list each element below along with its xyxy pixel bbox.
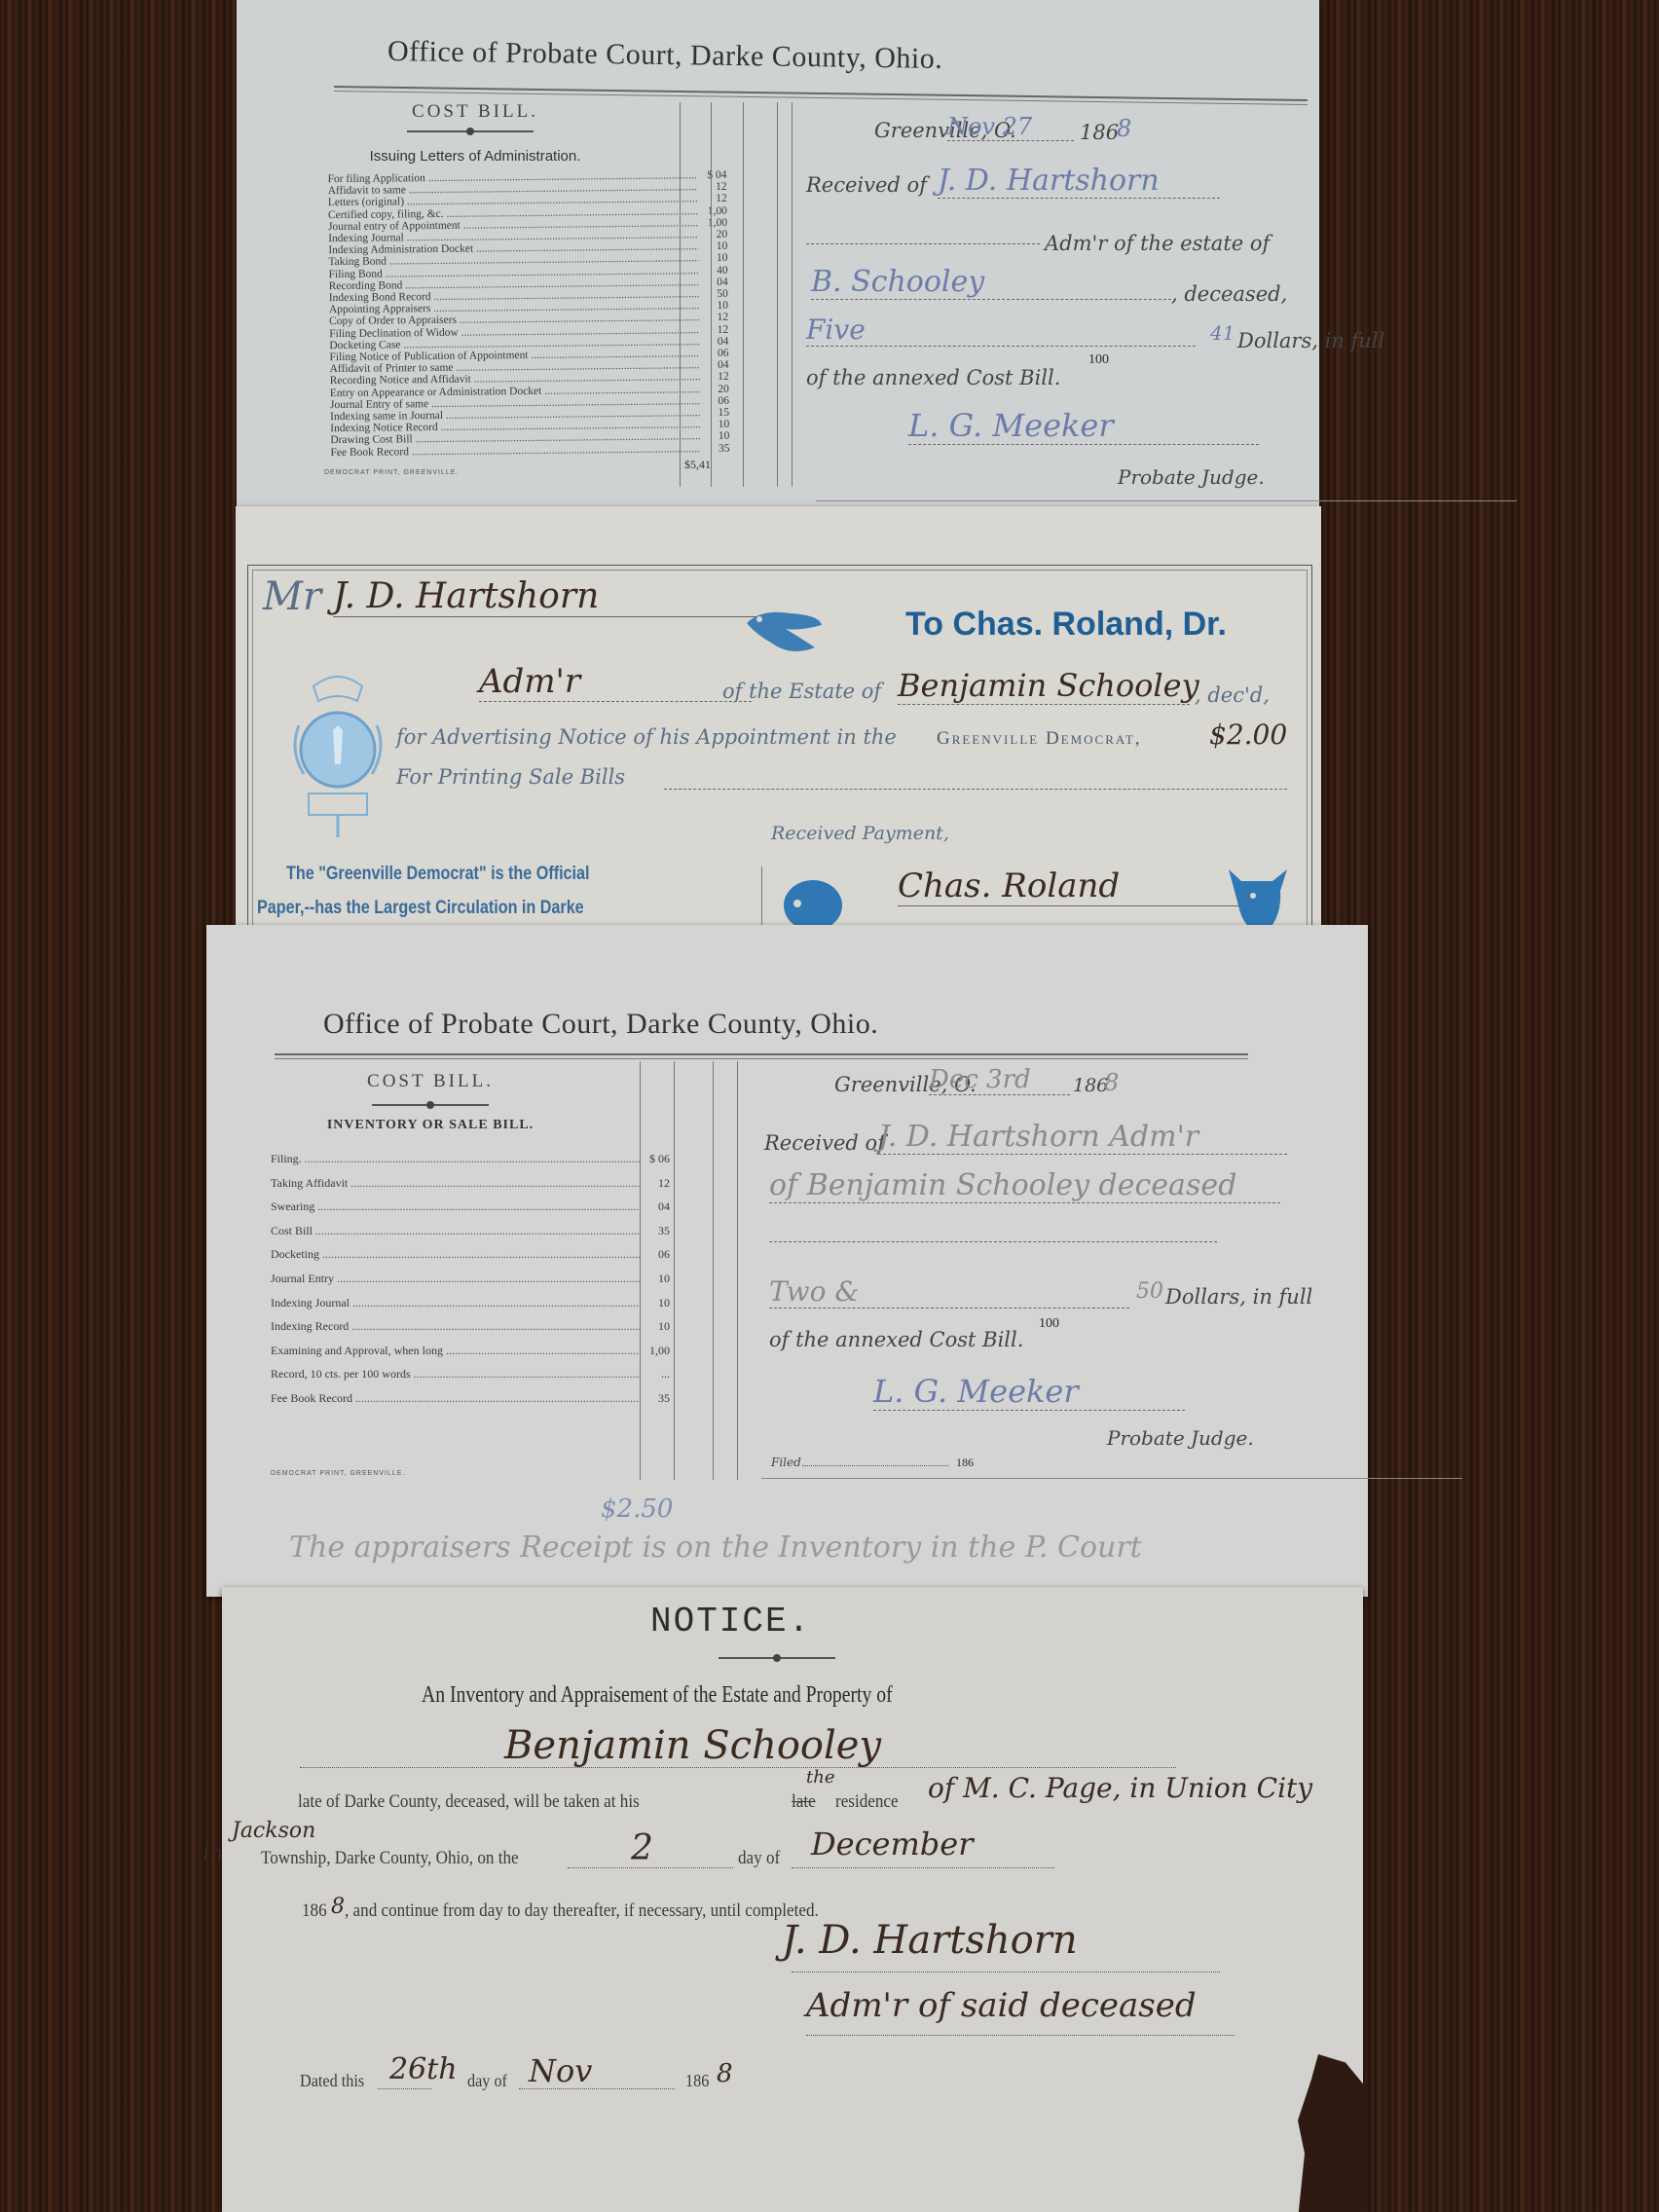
cost-item-row: Journal Entry10 — [271, 1267, 670, 1291]
dated-year: 8 — [717, 2059, 733, 2088]
creditor-name: To Chas. Roland, Dr. — [905, 606, 1227, 644]
dated-year-prefix: 186 — [685, 2071, 709, 2091]
notice-line-3: , and continue from day to day thereafte… — [345, 1900, 819, 1922]
printing-line: For Printing Sale Bills — [396, 765, 625, 789]
cost-items-list: Filing.$ 06 Taking Affidavit12 Swearing0… — [271, 1147, 670, 1411]
receipt-year: 8 — [1117, 115, 1131, 142]
receipt-date: Nov 27 — [947, 113, 1074, 141]
blank-line — [664, 789, 1287, 790]
roland-signature: Chas. Roland — [898, 866, 1248, 906]
inserted-word: the — [806, 1767, 834, 1788]
column-rule — [743, 102, 744, 487]
newspaper-advertising-bill: Mr J. D. Hartshorn To Chas. Roland, Dr. … — [236, 506, 1321, 993]
estate-of-label: of the Estate of — [722, 680, 881, 703]
amount-words: Two & — [769, 1275, 1129, 1309]
year-handwritten: 8 — [331, 1895, 345, 1919]
seal-emblem-icon — [284, 667, 391, 842]
cost-item-row: Indexing Record10 — [271, 1314, 670, 1339]
judge-signature: L. G. Meeker — [873, 1373, 1185, 1411]
dated-day-blank — [378, 2088, 431, 2089]
flourish-divider — [407, 130, 534, 132]
cost-bill-heading: COST BILL. — [295, 101, 655, 123]
official-paper-line-1: The "Greenville Democrat" is the Officia… — [286, 864, 589, 885]
mr-label: Mr — [263, 574, 321, 619]
signature-line — [792, 1972, 1220, 1972]
newspaper-name: Greenville Democrat, — [937, 728, 1142, 750]
torn-corner — [1298, 2054, 1366, 2212]
month-blank — [792, 1867, 1054, 1868]
column-rule — [737, 1061, 738, 1480]
printer-imprint: DEMOCRAT PRINT, GREENVILLE. — [324, 469, 459, 476]
cost-bill-subheading: Issuing Letters of Administration. — [295, 148, 655, 165]
received-payment-label: Received Payment, — [771, 823, 949, 844]
amount-cents: 41 — [1210, 321, 1235, 345]
residence-handwritten: of M. C. Page, in Union City — [928, 1772, 1312, 1804]
annexed-label: of the annexed Cost Bill. — [769, 1328, 1023, 1351]
month-handwritten: December — [811, 1825, 974, 1862]
notice-line-2: Township, Darke County, Ohio, on the — [261, 1848, 519, 1869]
flourish-divider — [719, 1657, 835, 1659]
hundred-label: 100 — [1039, 1316, 1059, 1332]
admr-label: Adm'r of the estate of — [1045, 232, 1270, 255]
day-of-label: day of — [738, 1848, 780, 1869]
received-of-label: Received of — [806, 173, 927, 197]
cost-item-row: Swearing04 — [271, 1195, 670, 1219]
township-name: Jackson — [232, 1819, 315, 1843]
divider — [761, 866, 762, 925]
inventory-notice: NOTICE. An Inventory and Appraisement of… — [222, 1587, 1363, 2212]
notice-title: NOTICE. — [650, 1602, 811, 1641]
filed-blank — [802, 1465, 948, 1466]
filed-year: 186 — [956, 1456, 974, 1470]
cost-item-row: Cost Bill35 — [271, 1219, 670, 1243]
dated-month: Nov — [529, 2052, 592, 2089]
deceased-label: , deceased, — [1171, 282, 1287, 306]
notice-line-1: late of Darke County, deceased, will be … — [298, 1791, 640, 1813]
role-handwritten: Adm'r — [479, 662, 752, 702]
cost-items-list: For filing Application$ 04 Affidavit to … — [327, 169, 729, 459]
dated-label: Dated this — [300, 2071, 364, 2091]
receipt-year-prefix: 186 — [1080, 121, 1119, 144]
cost-item-row: Taking Affidavit12 — [271, 1171, 670, 1196]
notice-heading: An Inventory and Appraisement of the Est… — [422, 1682, 893, 1709]
receipt-date: Dec 3rd — [929, 1065, 1070, 1095]
dollars-label: Dollars, in full — [1237, 329, 1384, 352]
estate-line: of Benjamin Schooley deceased — [769, 1168, 1280, 1203]
dated-dayof-label: day of — [467, 2071, 507, 2091]
estate-name: Benjamin Schooley — [898, 667, 1190, 705]
cost-bill-letters-of-administration: Office of Probate Court, Darke County, O… — [237, 0, 1319, 511]
office-title: Office of Probate Court, Darke County, O… — [323, 1008, 878, 1041]
receipt-year-prefix: 186 — [1073, 1075, 1108, 1096]
column-rule — [713, 1061, 714, 1480]
cost-bill-heading: COST BILL. — [265, 1071, 596, 1092]
column-rule — [674, 1061, 675, 1480]
year-prefix: 186 — [302, 1900, 327, 1922]
pencil-amount: $2.50 — [601, 1494, 673, 1524]
received-of-label: Received of — [764, 1131, 885, 1155]
probate-judge-label: Probate Judge. — [1118, 465, 1265, 489]
official-paper-line-2: Paper,--has the Largest Circulation in D… — [257, 898, 584, 919]
residence-label: residence — [835, 1791, 899, 1813]
cost-total: $5,41 — [684, 458, 711, 472]
cost-bill-subheading: INVENTORY OR SALE BILL. — [265, 1118, 596, 1133]
filed-label: Filed — [771, 1456, 801, 1469]
printer-imprint: DEMOCRAT PRINT, GREENVILLE. — [271, 1470, 405, 1477]
cost-bill-inventory: Office of Probate Court, Darke County, O… — [206, 925, 1368, 1597]
flourish-divider — [372, 1104, 489, 1106]
dated-day: 26th — [389, 2052, 458, 2086]
township-prefix: in — [203, 1842, 223, 1866]
cost-item-row: Examining and Approval, when long1,00 — [271, 1339, 670, 1363]
judge-signature: L. G. Meeker — [908, 407, 1259, 445]
column-rule — [711, 102, 712, 487]
appraisers-note: The appraisers Receipt is on the Invento… — [289, 1530, 1142, 1565]
blank-line — [769, 1241, 1217, 1242]
receipt-year: 8 — [1104, 1069, 1119, 1096]
column-rule — [640, 1061, 641, 1480]
administrator-role: Adm'r of said deceased — [806, 1986, 1197, 2025]
annexed-label: of the annexed Cost Bill. — [806, 366, 1060, 389]
bottom-rule — [761, 1478, 1462, 1479]
column-rule — [680, 102, 681, 487]
cost-item-row: Filing.$ 06 — [271, 1147, 670, 1171]
dollars-label: Dollars, in full — [1165, 1285, 1312, 1309]
cost-item-row: Indexing Journal10 — [271, 1291, 670, 1315]
decd-label: , dec'd, — [1195, 683, 1270, 707]
hundred-label: 100 — [1088, 352, 1109, 368]
day-handwritten: 2 — [631, 1828, 653, 1868]
bottom-rule — [816, 500, 1517, 501]
deceased-name: Benjamin Schooley — [504, 1723, 881, 1768]
bill-to-name: J. D. Hartshorn — [333, 576, 800, 617]
amount-cents: 50 — [1136, 1279, 1163, 1304]
column-rule — [792, 102, 793, 487]
received-of-name: J. D. Hartshorn Adm'r — [878, 1120, 1287, 1155]
cost-item-row: Docketing06 — [271, 1242, 670, 1267]
received-of-name: J. D. Hartshorn — [938, 164, 1220, 199]
administrator-signature: J. D. Hartshorn — [782, 1918, 1078, 1963]
blank-line — [806, 243, 1040, 244]
probate-judge-label: Probate Judge. — [1107, 1426, 1254, 1450]
cost-item-row: Fee Book Record35 — [271, 1386, 670, 1411]
role-line — [806, 2035, 1235, 2036]
advertising-line: for Advertising Notice of his Appointmen… — [396, 725, 897, 749]
office-title: Office of Probate Court, Darke County, O… — [387, 35, 943, 76]
eagle-icon — [742, 604, 829, 662]
advertising-amount: $2.00 — [1209, 719, 1287, 751]
cost-item-row: Record, 10 cts. per 100 words... — [271, 1362, 670, 1386]
estate-name: B. Schooley — [811, 265, 1171, 300]
column-rule — [777, 102, 778, 487]
header-rule — [275, 1053, 1248, 1059]
amount-words: Five — [806, 313, 1196, 347]
struck-word: late — [792, 1791, 816, 1813]
